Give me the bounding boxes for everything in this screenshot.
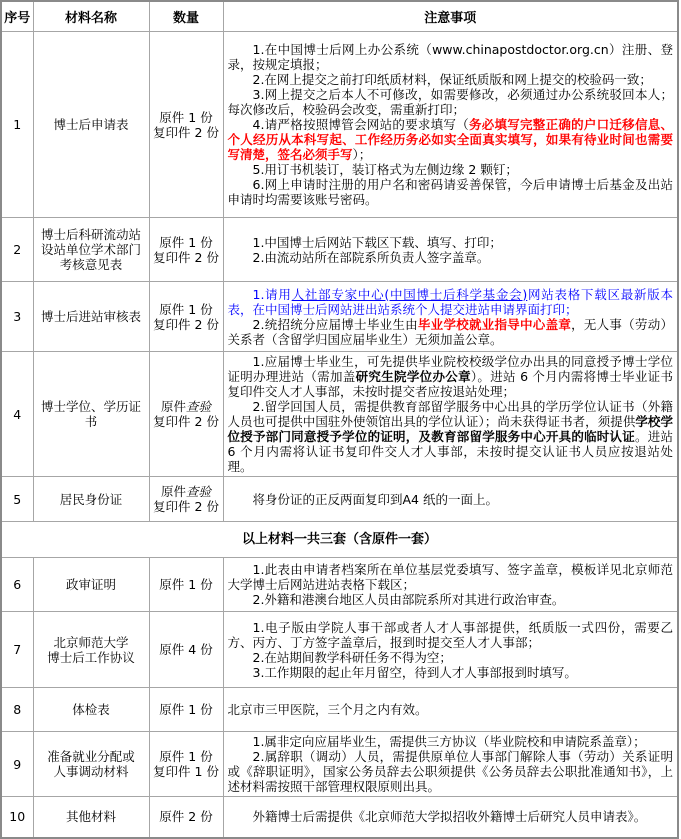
quantity-line: 复印件 2 份 [151,125,222,140]
quantity-cell: 原件查验复印件 2 份 [149,477,223,522]
note-paragraph: 1.在中国博士后网上办公系统（www.chinapostdoctor.org.c… [228,42,674,72]
table-row: 7北京师范大学 博士后工作协议原件 4 份1.电子版由学院人事干部或者人才人事部… [1,612,678,688]
row-index-cell: 5 [1,477,33,522]
notes-cell: 1.属非定向应届毕业生，需提供三方协议（毕业院校和申请院系盖章）；2.属辞职（调… [223,732,678,797]
material-name-cell: 其他材料 [33,797,149,838]
notes-cell: 北京市三甲医院，三个月之内有效。 [223,688,678,732]
quantity-line: 原件 1 份 [151,702,222,717]
quantity-line: 复印件 1 份 [151,764,222,779]
table-row: 8体检表原件 1 份北京市三甲医院，三个月之内有效。 [1,688,678,732]
quantity-line: 原件 1 份 [151,302,222,317]
table-row: 5居民身份证原件查验复印件 2 份将身份证的正反两面复印到A4 纸的一面上。 [1,477,678,522]
table-row: 6政审证明原件 1 份1.此表由申请者档案所在单位基层党委填写、签字盖章，模板详… [1,558,678,612]
note-paragraph: 3.网上提交之后本人不可修改，如需要修改，必须通过办公系统驳回本人；每次修改后，… [228,87,674,117]
col-header-notes: 注意事项 [223,1,678,32]
text-segment: 1.此表由申请者档案所在单位基层党委填写、签字盖章，模板详见北京师范大学博士后网… [228,562,674,592]
row-index-cell: 3 [1,282,33,352]
note-paragraph: 北京市三甲医院，三个月之内有效。 [228,702,674,717]
quantity-cell: 原件 1 份复印件 2 份 [149,218,223,282]
note-paragraph: 1.此表由申请者档案所在单位基层党委填写、签字盖章，模板详见北京师范大学博士后网… [228,562,674,592]
text-segment: 原件 1 份 [159,110,212,125]
note-paragraph: 2.由流动站所在部院系所负责人签字盖章。 [228,250,674,265]
table-row: 3博士后进站审核表原件 1 份复印件 2 份1.请用人社部专家中心(中国博士后科… [1,282,678,352]
quantity-line: 复印件 2 份 [151,250,222,265]
section-label: 以上材料一共三套（含原件一套） [1,522,678,558]
notes-cell: 1.此表由申请者档案所在单位基层党委填写、签字盖章，模板详见北京师范大学博士后网… [223,558,678,612]
quantity-line: 复印件 2 份 [151,414,222,429]
text-segment: 复印件 1 份 [153,764,219,779]
quantity-cell: 原件 1 份 [149,558,223,612]
text-segment: 外籍博士后需提供《北京师范大学拟招收外籍博士后研究人员申请表》。 [253,809,647,824]
text-segment: 复印件 2 份 [153,125,219,140]
text-segment: 原件 1 份 [159,702,212,717]
quantity-line: 原件 1 份 [151,577,222,592]
bold-text: 研究生院学位办公章 [356,369,471,384]
row-index-cell: 6 [1,558,33,612]
table-row: 4博士学位、学历证书原件查验复印件 2 份1.应届博士毕业生，可先提供毕业院校校… [1,352,678,477]
text-segment: 复印件 2 份 [153,414,219,429]
notes-cell: 1.在中国博士后网上办公系统（www.chinapostdoctor.org.c… [223,32,678,218]
row-index-cell: 1 [1,32,33,218]
note-paragraph: 1.应届博士毕业生，可先提供毕业院校校级学位办出具的同意授予博士学位证明办理进站… [228,354,674,399]
row-index-cell: 2 [1,218,33,282]
text-segment: 原件 [161,484,186,499]
text-segment: 2.由流动站所在部院系所负责人签字盖章。 [253,250,490,265]
postdoc-materials-table: 序号 材料名称 数量 注意事项 1博士后申请表原件 1 份复印件 2 份1.在中… [0,0,679,839]
material-name-cell: 博士后进站审核表 [33,282,149,352]
text-segment: 2.属辞职（调动）人员，需提供原单位人事部门解除人事（劳动）关系证明或《辞职证明… [228,749,674,794]
material-name-cell: 居民身份证 [33,477,149,522]
note-paragraph: 2.在网上提交之前打印纸质材料，保证纸质版和网上提交的校验码一致； [228,72,674,87]
note-paragraph: 外籍博士后需提供《北京师范大学拟招收外籍博士后研究人员申请表》。 [228,809,674,824]
col-header-index: 序号 [1,1,33,32]
note-paragraph: 2.统招统分应届博士毕业生由毕业学校就业指导中心盖章，无人事（劳动）关系者（含留… [228,317,674,347]
col-header-material-name: 材料名称 [33,1,149,32]
italic-text: 查验 [186,399,211,414]
text-segment: 1.属非定向应届毕业生，需提供三方协议（毕业院校和申请院系盖章）； [253,734,646,749]
notes-cell: 将身份证的正反两面复印到A4 纸的一面上。 [223,477,678,522]
text-segment: 3.工作期限的起止年月留空，待到人才人事部报到时填写。 [253,665,577,680]
table-row: 2博士后科研流动站 设站单位学术部门 考核意见表原件 1 份复印件 2 份1.中… [1,218,678,282]
note-paragraph: 3.工作期限的起止年月留空，待到人才人事部报到时填写。 [228,665,674,680]
quantity-cell: 原件 4 份 [149,612,223,688]
quantity-cell: 原件 1 份复印件 2 份 [149,32,223,218]
header-row: 序号 材料名称 数量 注意事项 [1,1,678,32]
material-name-cell: 博士后科研流动站 设站单位学术部门 考核意见表 [33,218,149,282]
text-segment: 2.留学回国人员，需提供教育部留学服务中心出具的学历学位认证书（外籍人员也可提供… [228,399,674,429]
quantity-line: 原件 2 份 [151,809,222,824]
row-index-cell: 7 [1,612,33,688]
text-segment: ）； [353,147,372,162]
section-row: 以上材料一共三套（含原件一套） [1,522,678,558]
note-paragraph: 1.请用人社部专家中心(中国博士后科学基金会)网站表格下载区最新版本表，在中国博… [228,287,674,317]
text-segment: 原件 1 份 [159,302,212,317]
text-segment: 6.网上申请时注册的用户名和密码请妥善保管，今后申请博士后基金及出站申请时均需要… [228,177,674,207]
quantity-line: 原件 1 份 [151,235,222,250]
text-segment: 原件 4 份 [159,642,212,657]
text-segment: 1.电子版由学院人事干部或者人才人事部提供，纸质版一式四份，需要乙方、丙方、丁方… [228,620,674,650]
table-row: 1博士后申请表原件 1 份复印件 2 份1.在中国博士后网上办公系统（www.c… [1,32,678,218]
notes-cell: 1.中国博士后网站下载区下载、填写、打印；2.由流动站所在部院系所负责人签字盖章… [223,218,678,282]
highlight-red-text: 毕业学校就业指导中心盖章 [418,317,571,332]
text-segment: 北京市三甲医院，三个月之内有效。 [228,702,428,717]
note-paragraph: 2.留学回国人员，需提供教育部留学服务中心出具的学历学位认证书（外籍人员也可提供… [228,399,674,474]
text-segment: 将身份证的正反两面复印到A4 纸的一面上。 [253,492,498,507]
text-segment: 3.网上提交之后本人不可修改，如需要修改，必须通过办公系统驳回本人；每次修改后，… [228,87,674,117]
note-paragraph: 将身份证的正反两面复印到A4 纸的一面上。 [228,492,674,507]
quantity-cell: 原件查验复印件 2 份 [149,352,223,477]
material-name-cell: 准备就业分配或 人事调动材料 [33,732,149,797]
quantity-line: 原件查验 [151,484,222,499]
quantity-cell: 原件 1 份复印件 2 份 [149,282,223,352]
note-paragraph: 1.中国博士后网站下载区下载、填写、打印； [228,235,674,250]
expert-center-link[interactable]: 人社部专家中心(中国博士后科学基金会) [292,287,528,302]
text-segment: 5.用订书机装订，装订格式为左侧边缘 2 颗钉； [253,162,518,177]
notes-cell: 外籍博士后需提供《北京师范大学拟招收外籍博士后研究人员申请表》。 [223,797,678,838]
note-paragraph: 1.电子版由学院人事干部或者人才人事部提供，纸质版一式四份，需要乙方、丙方、丁方… [228,620,674,650]
quantity-cell: 原件 1 份复印件 1 份 [149,732,223,797]
text-segment: 2.在网上提交之前打印纸质材料，保证纸质版和网上提交的校验码一致； [253,72,652,87]
quantity-line: 原件 1 份 [151,749,222,764]
material-name-cell: 体检表 [33,688,149,732]
note-paragraph: 2.属辞职（调动）人员，需提供原单位人事部门解除人事（劳动）关系证明或《辞职证明… [228,749,674,794]
material-name-cell: 博士后申请表 [33,32,149,218]
blue-text: 1.请用 [253,287,292,302]
note-paragraph: 4.请严格按照博管会网站的要求填写（务必填写完整正确的户口迁移信息、个人经历从本… [228,117,674,162]
italic-text: 查验 [186,484,211,499]
text-segment: 原件 2 份 [159,809,212,824]
note-paragraph: 6.网上申请时注册的用户名和密码请妥善保管，今后申请博士后基金及出站申请时均需要… [228,177,674,207]
text-segment: 2.在站期间教学科研任务不得为空； [253,650,452,665]
text-segment: 1.在中国博士后网上办公系统（www.chinapostdoctor.org.c… [228,42,674,72]
text-segment: 复印件 2 份 [153,317,219,332]
text-segment: 4.请严格按照博管会网站的要求填写（ [253,117,469,132]
table-row: 9准备就业分配或 人事调动材料原件 1 份复印件 1 份1.属非定向应届毕业生，… [1,732,678,797]
note-paragraph: 2.在站期间教学科研任务不得为空； [228,650,674,665]
quantity-line: 原件 4 份 [151,642,222,657]
text-segment: 原件 1 份 [159,235,212,250]
row-index-cell: 9 [1,732,33,797]
row-index-cell: 8 [1,688,33,732]
notes-cell: 1.电子版由学院人事干部或者人才人事部提供，纸质版一式四份，需要乙方、丙方、丁方… [223,612,678,688]
material-name-cell: 政审证明 [33,558,149,612]
note-paragraph: 5.用订书机装订，装订格式为左侧边缘 2 颗钉； [228,162,674,177]
notes-cell: 1.应届博士毕业生，可先提供毕业院校校级学位办出具的同意授予博士学位证明办理进站… [223,352,678,477]
quantity-line: 原件 1 份 [151,110,222,125]
text-segment: 原件 1 份 [159,749,212,764]
row-index-cell: 4 [1,352,33,477]
note-paragraph: 2.外籍和港澳台地区人员由部院系所对其进行政治审查。 [228,592,674,607]
text-segment: 2.外籍和港澳台地区人员由部院系所对其进行政治审查。 [253,592,565,607]
col-header-quantity: 数量 [149,1,223,32]
quantity-line: 复印件 2 份 [151,317,222,332]
text-segment: 原件 1 份 [159,577,212,592]
quantity-line: 原件查验 [151,399,222,414]
material-name-cell: 北京师范大学 博士后工作协议 [33,612,149,688]
quantity-cell: 原件 1 份 [149,688,223,732]
note-paragraph: 1.属非定向应届毕业生，需提供三方协议（毕业院校和申请院系盖章）； [228,734,674,749]
row-index-cell: 10 [1,797,33,838]
quantity-line: 复印件 2 份 [151,499,222,514]
text-segment: 复印件 2 份 [153,499,219,514]
text-segment: 1.中国博士后网站下载区下载、填写、打印； [253,235,502,250]
material-name-cell: 博士学位、学历证书 [33,352,149,477]
notes-cell: 1.请用人社部专家中心(中国博士后科学基金会)网站表格下载区最新版本表，在中国博… [223,282,678,352]
table-row: 10其他材料原件 2 份外籍博士后需提供《北京师范大学拟招收外籍博士后研究人员申… [1,797,678,838]
text-segment: 原件 [161,399,186,414]
text-segment: 2.统招统分应届博士毕业生由 [253,317,418,332]
quantity-cell: 原件 2 份 [149,797,223,838]
text-segment: 复印件 2 份 [153,250,219,265]
